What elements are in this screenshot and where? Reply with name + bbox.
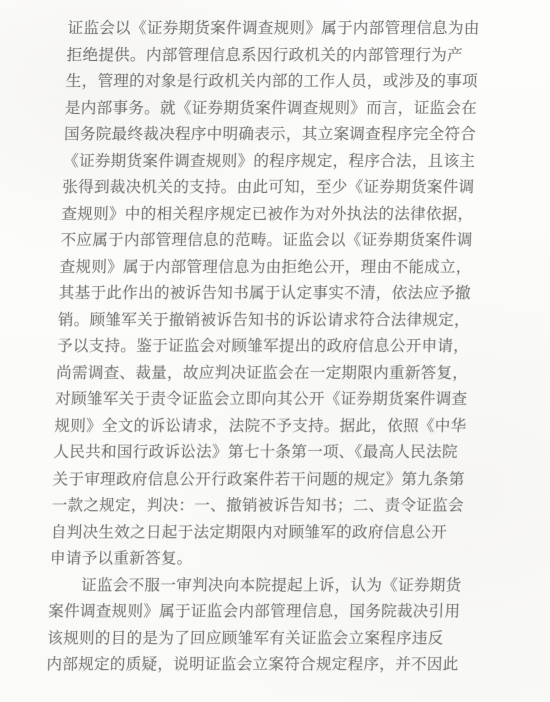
text-line: 予以支持。鉴于证监会对顾雏军提出的政府信息公开申请，	[57, 334, 500, 361]
text-line: 《证券期货案件调查规则》的程序规定，程序合法，且该主	[63, 149, 506, 176]
text-line: 是内部事务。就《证券期货案件调查规则》而言，证监会在	[64, 96, 507, 123]
text-line: 内部规定的质疑，说明证监会立案符合规定程序，并不因此	[46, 652, 489, 679]
text-line: 张得到裁决机关的支持。由此可知，至少《证券期货案件调	[62, 175, 505, 202]
text-line: 生，管理的对象是行政机关内部的工作人员，或涉及的事项	[65, 69, 508, 96]
text-line: 查规则》属于内部管理信息为由拒绝公开，理由不能成立，	[59, 255, 502, 282]
text-line: 自判决生效之日起于法定期限内对顾雏军的政府信息公开	[50, 520, 493, 547]
text-line: 不应属于内部管理信息的范畴。证监会以《证券期货案件调	[60, 228, 503, 255]
text-line: 尚需调查、裁量，故应判决证监会在一定期限内重新答复，	[56, 361, 499, 388]
text-line: 人民共和国行政诉讼法》第七十条第一项、《最高人民法院	[53, 440, 496, 467]
text-line: 证监会以《证券期货案件调查规则》属于内部管理信息为由	[67, 16, 510, 43]
text-line: 对顾雏军关于责令证监会立即向其公开《证券期货案件调查	[55, 387, 498, 414]
text-line-paragraph-start: 证监会不服一审判决向本院提起上诉，认为《证券期货	[49, 573, 492, 600]
text-line: 其基于此作出的被诉告知书属于认定事实不清，依法应予撤	[58, 281, 501, 308]
text-line: 案件调查规则》属于证监会内部管理信息，国务院裁决引用	[48, 599, 491, 626]
text-line: 该规则的目的是为了回应顾雏军有关证监会立案程序违反	[47, 626, 490, 653]
text-line: 关于审理政府信息公开行政案件若干问题的规定》第九条第	[52, 467, 495, 494]
text-line: 一款之规定，判决：一、撤销被诉告知书；二、责令证监会	[51, 493, 494, 520]
scanned-document-page: 证监会以《证券期货案件调查规则》属于内部管理信息为由 拒绝提供。内部管理信息系因…	[0, 0, 550, 702]
text-line: 国务院最终裁决程序中明确表示，其立案调查程序完全符合	[64, 122, 507, 149]
text-line: 申请予以重新答复。	[50, 546, 493, 573]
text-line: 规则》全文的诉讼请求，法院不予支持。据此，依照《中华	[54, 414, 497, 441]
text-line: 销。顾雏军关于撤销被诉告知书的诉讼请求符合法律规定，	[57, 308, 500, 335]
text-line: 查规则》中的相关程序规定已被作为对外执法的法律依据，	[61, 202, 504, 229]
text-line: 拒绝提供。内部管理信息系因行政机关的内部管理行为产	[66, 43, 509, 70]
judgment-text-block: 证监会以《证券期货案件调查规则》属于内部管理信息为由 拒绝提供。内部管理信息系因…	[46, 16, 510, 679]
